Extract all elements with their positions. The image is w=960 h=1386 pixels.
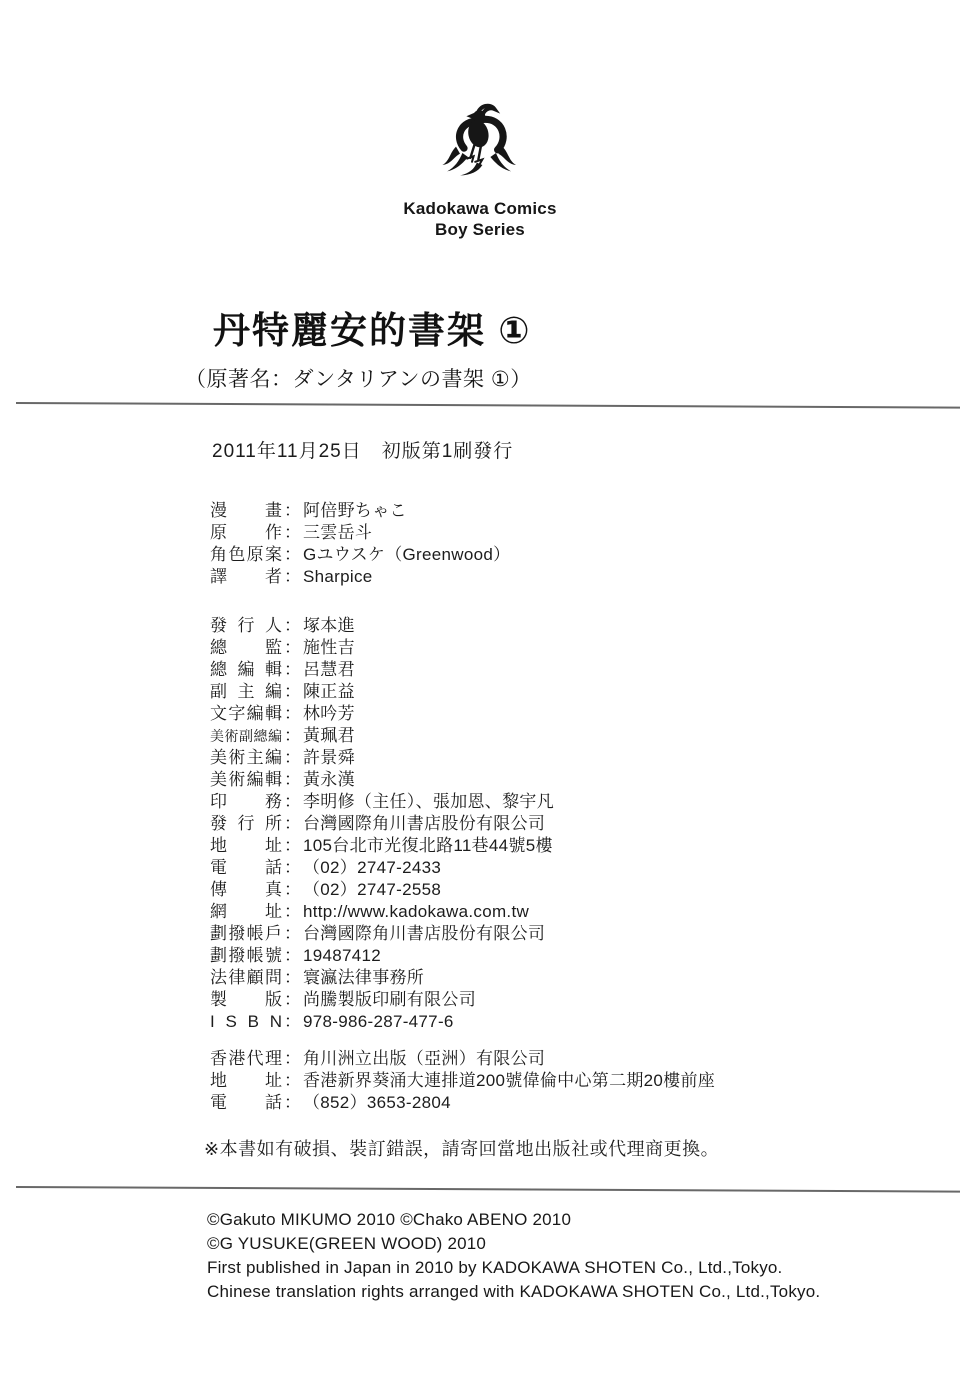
credit-value: 105台北市光復北路11巷44號5樓 [303, 835, 553, 857]
credit-row: 香港代理 ： 角川洲立出版（亞洲）有限公司 [210, 1048, 719, 1070]
credit-value: 呂慧君 [303, 659, 355, 681]
credit-colon: ： [282, 813, 303, 835]
credit-value: 台灣國際角川書店股份有限公司 [303, 813, 545, 835]
credit-value: 角川洲立出版（亞洲）有限公司 [303, 1048, 545, 1070]
credit-label: 網 址 [210, 901, 282, 923]
credit-row: 美術副總編 ： 黃珮君 [210, 725, 719, 747]
credit-label: 香港代理 [210, 1048, 282, 1070]
credit-row: 劃撥帳戶 ： 台灣國際角川書店股份有限公司 [210, 923, 719, 945]
credit-value: 黃珮君 [303, 725, 355, 747]
credit-value: http://www.kadokawa.com.tw [303, 901, 529, 923]
credit-row: 傳 真 ： （02）2747-2558 [210, 879, 719, 901]
credit-colon: ： [282, 1092, 303, 1114]
credit-label: I S B N [210, 1011, 282, 1033]
credit-colon: ： [282, 967, 303, 989]
credits-primary: 漫 畫 ： 阿倍野ちゃこ 原 作 ： 三雲岳斗 角色原案 ： Gユウスケ（Gre… [210, 500, 719, 588]
credit-row: 劃撥帳號 ： 19487412 [210, 945, 719, 967]
credit-label: 角色原案 [210, 544, 282, 566]
credit-colon: ： [282, 879, 303, 901]
edition-line: 2011年11月25日 初版第1刷發行 [212, 436, 513, 463]
credit-colon: ： [282, 901, 303, 923]
credit-colon: ： [282, 945, 303, 967]
credit-colon: ： [282, 522, 303, 544]
series-name-line2: Boy Series [0, 219, 960, 240]
credit-label: 印 務 [210, 791, 282, 813]
credit-value: 林吟芳 [303, 703, 355, 725]
credit-value: 19487412 [303, 945, 381, 967]
credit-row: 總 編 輯 ： 呂慧君 [210, 659, 719, 681]
credit-value: 陳正益 [303, 681, 355, 703]
credit-value: （02）2747-2558 [303, 879, 441, 901]
credit-colon: ： [282, 637, 303, 659]
credit-label: 發 行 所 [210, 813, 282, 835]
credit-label: 法律顧問 [210, 967, 282, 989]
credit-value: 寰瀛法律事務所 [303, 967, 424, 989]
credit-row: 地 址 ： 105台北市光復北路11巷44號5樓 [210, 835, 719, 857]
credit-colon: ： [282, 544, 303, 566]
credit-label: 劃撥帳號 [210, 945, 282, 967]
credit-colon: ： [282, 703, 303, 725]
credit-row: 發 行 所 ： 台灣國際角川書店股份有限公司 [210, 813, 719, 835]
credit-row: 文字編輯 ： 林吟芳 [210, 703, 719, 725]
credit-label: 總 編 輯 [210, 659, 282, 681]
credit-colon: ： [282, 791, 303, 813]
credit-label: 地 址 [210, 1070, 282, 1092]
credit-value: 阿倍野ちゃこ [303, 500, 407, 522]
copyright-block: ©Gakuto MIKUMO 2010 ©Chako ABENO 2010 ©G… [207, 1208, 820, 1304]
credit-value: 978-986-287-477-6 [303, 1011, 454, 1033]
credit-row: 法律顧問 ： 寰瀛法律事務所 [210, 967, 719, 989]
copyright-line: ©Gakuto MIKUMO 2010 ©Chako ABENO 2010 [207, 1208, 820, 1232]
credit-label: 美術編輯 [210, 769, 282, 791]
credit-colon: ： [282, 1011, 303, 1033]
credit-value: 塚本進 [303, 615, 355, 637]
divider-bottom [16, 1186, 960, 1193]
credit-value: （02）2747-2433 [303, 857, 441, 879]
credit-label: 美術副總編 [210, 725, 282, 747]
title-block: 丹特麗安的書架 ① （原著名：ダンタリアンの書架 ①） [185, 300, 532, 393]
colophon-page: Kadokawa Comics Boy Series 丹特麗安的書架 ① （原著… [0, 0, 960, 1386]
credit-colon: ： [282, 857, 303, 879]
publisher-logo: Kadokawa Comics Boy Series [0, 96, 960, 240]
credit-colon: ： [282, 615, 303, 637]
credit-value: 香港新界葵涌大連排道200號偉倫中心第二期20樓前座 [303, 1070, 715, 1092]
credit-label: 漫 畫 [210, 500, 282, 522]
credit-label: 美術主編 [210, 747, 282, 769]
credit-label: 電 話 [210, 1092, 282, 1114]
credit-colon: ： [282, 923, 303, 945]
credit-colon: ： [282, 1070, 303, 1092]
credit-colon: ： [282, 989, 303, 1011]
book-title: 丹特麗安的書架 ① [213, 300, 532, 354]
credit-value: （852）3653-2804 [303, 1092, 451, 1114]
credit-row: 角色原案 ： Gユウスケ（Greenwood） [210, 544, 719, 566]
credit-colon: ： [282, 725, 303, 747]
credit-label: 文字編輯 [210, 703, 282, 725]
credit-label: 製 版 [210, 989, 282, 1011]
credit-label: 總 監 [210, 637, 282, 659]
credit-row: 電 話 ： （852）3653-2804 [210, 1092, 719, 1114]
credit-colon: ： [282, 566, 303, 588]
credit-value: 三雲岳斗 [303, 522, 372, 544]
credit-colon: ： [282, 500, 303, 522]
credit-row: 漫 畫 ： 阿倍野ちゃこ [210, 500, 719, 522]
original-title: （原著名：ダンタリアンの書架 ①） [185, 363, 532, 393]
damage-notice: ※本書如有破損、裝訂錯誤，請寄回當地出版社或代理商更換。 [204, 1135, 719, 1161]
credit-row: 發 行 人 ： 塚本進 [210, 615, 719, 637]
credit-row: 網 址 ： http://www.kadokawa.com.tw [210, 901, 719, 923]
credit-value: 施性吉 [303, 637, 355, 659]
credit-value: Sharpice [303, 566, 373, 588]
credit-colon: ： [282, 1048, 303, 1070]
credit-value: 台灣國際角川書店股份有限公司 [303, 923, 545, 945]
credit-row: 美術主編 ： 許景舜 [210, 747, 719, 769]
credit-label: 傳 真 [210, 879, 282, 901]
credit-colon: ： [282, 769, 303, 791]
credit-row: 美術編輯 ： 黃永漢 [210, 769, 719, 791]
credit-row: 印 務 ： 李明修（主任）、張加恩、黎宇凡 [210, 791, 719, 813]
credit-row: 原 作 ： 三雲岳斗 [210, 522, 719, 544]
phoenix-icon [432, 96, 528, 194]
divider-top [16, 402, 960, 409]
credits-staff: 發 行 人 ： 塚本進 總 監 ： 施性吉 總 編 輯 ： 呂慧君 副 [210, 615, 719, 1033]
credit-label: 電 話 [210, 857, 282, 879]
credit-value: 黃永漢 [303, 769, 355, 791]
credit-row: 譯 者 ： Sharpice [210, 566, 719, 588]
credit-label: 副 主 編 [210, 681, 282, 703]
credit-value: 李明修（主任）、張加恩、黎宇凡 [303, 791, 554, 813]
credits-hongkong: 香港代理 ： 角川洲立出版（亞洲）有限公司 地 址 ： 香港新界葵涌大連排道20… [210, 1048, 719, 1114]
credit-row: I S B N ： 978-986-287-477-6 [210, 1011, 719, 1033]
credit-label: 發 行 人 [210, 615, 282, 637]
copyright-line: ©G YUSUKE(GREEN WOOD) 2010 [207, 1232, 820, 1256]
series-name-line1: Kadokawa Comics [0, 198, 960, 219]
credits-section: 漫 畫 ： 阿倍野ちゃこ 原 作 ： 三雲岳斗 角色原案 ： Gユウスケ（Gre… [210, 500, 719, 1161]
credit-row: 電 話 ： （02）2747-2433 [210, 857, 719, 879]
credit-row: 總 監 ： 施性吉 [210, 637, 719, 659]
credit-row: 地 址 ： 香港新界葵涌大連排道200號偉倫中心第二期20樓前座 [210, 1070, 719, 1092]
credit-value: 尚騰製版印刷有限公司 [303, 989, 476, 1011]
credit-value: Gユウスケ（Greenwood） [303, 544, 510, 566]
credit-colon: ： [282, 835, 303, 857]
copyright-line: First published in Japan in 2010 by KADO… [207, 1256, 820, 1280]
credit-label: 地 址 [210, 835, 282, 857]
credit-label: 譯 者 [210, 566, 282, 588]
credit-row: 副 主 編 ： 陳正益 [210, 681, 719, 703]
credit-label: 劃撥帳戶 [210, 923, 282, 945]
credit-value: 許景舜 [303, 747, 355, 769]
credit-colon: ： [282, 681, 303, 703]
credit-label: 原 作 [210, 522, 282, 544]
credit-colon: ： [282, 659, 303, 681]
copyright-line: Chinese translation rights arranged with… [207, 1280, 820, 1304]
credit-colon: ： [282, 747, 303, 769]
credit-row: 製 版 ： 尚騰製版印刷有限公司 [210, 989, 719, 1011]
